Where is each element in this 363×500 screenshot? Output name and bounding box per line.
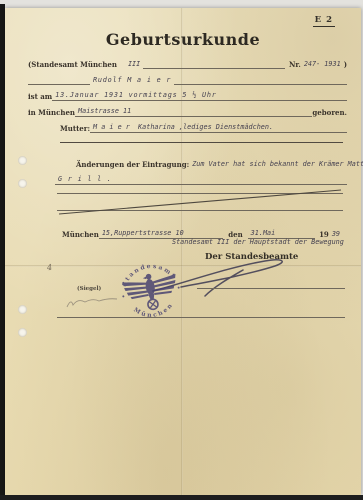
office-seal-stamp: Standesamt München xyxy=(117,258,185,326)
document-title: Geburtsurkunde xyxy=(5,30,361,49)
signature-ruled-line xyxy=(197,288,345,289)
born-suffix-label: geboren. xyxy=(312,109,347,117)
birth-datetime-value: 13.Januar 1931 vormittags 5 ½ Uhr xyxy=(52,92,219,100)
ruled-line xyxy=(143,68,285,69)
birth-address-value: Maistrasse 11 xyxy=(75,108,134,116)
close-paren: ) xyxy=(344,61,347,69)
changes-label: Änderungen der Eintragung: xyxy=(76,161,189,169)
issue-date-value: 31.Mai xyxy=(248,230,279,238)
bottom-ruled-line xyxy=(57,317,345,318)
scan-edge-bottom xyxy=(0,495,363,500)
punch-hole xyxy=(18,179,27,188)
born-on-label: ist am xyxy=(28,93,52,101)
ruled-line xyxy=(174,84,347,85)
punch-hole xyxy=(18,328,27,337)
form-code: E 2 xyxy=(313,15,335,27)
seal-label: (Siegel) xyxy=(77,286,101,292)
strikethrough-diagonal-line xyxy=(55,178,347,218)
registry-line: (Standesamt München III Nr. 247- 1931 ) xyxy=(28,56,347,69)
issuing-office-line: Standesamt III der Hauptstadt der Bewegu… xyxy=(172,238,344,246)
birth-date-line: ist am 13.Januar 1931 vormittags 5 ½ Uhr xyxy=(28,88,347,101)
name-line: Rudolf M a i e r xyxy=(28,72,347,85)
punch-hole xyxy=(18,156,27,165)
certificate-paper: E 2 Geburtsurkunde (Standesamt München I… xyxy=(5,8,361,495)
certificate-number-label: Nr. xyxy=(289,61,301,69)
issue-place-label: München xyxy=(62,231,99,239)
birth-place-line: in München Maistrasse 11 geboren. xyxy=(28,104,347,117)
ruled-line xyxy=(28,83,90,85)
punch-hole xyxy=(18,305,27,314)
changes-value-1: Zum Vater hat sich bekannt der Krämer Ma… xyxy=(189,161,363,169)
certificate-number-value: 247- 1931 xyxy=(301,61,344,69)
mother-value: M a i e r Katharina ,lediges Dienstmädch… xyxy=(90,124,276,132)
issue-address-value: 15,Ruppertstrasse 10 xyxy=(99,230,187,238)
born-in-label: in München xyxy=(28,109,75,117)
section-divider xyxy=(60,142,343,143)
child-name-value: Rudolf M a i e r xyxy=(90,77,174,85)
margin-note: 4 xyxy=(47,263,53,272)
changes-line-1: Änderungen der Eintragung: Zum Vater hat… xyxy=(28,156,347,169)
scanned-document: E 2 Geburtsurkunde (Standesamt München I… xyxy=(0,0,363,500)
registry-district-value: III xyxy=(125,61,143,69)
mother-line: Mutter: M a i e r Katharina ,lediges Die… xyxy=(28,120,347,133)
mother-label: Mutter: xyxy=(60,125,90,133)
registry-office-label: (Standesamt München xyxy=(28,61,117,69)
